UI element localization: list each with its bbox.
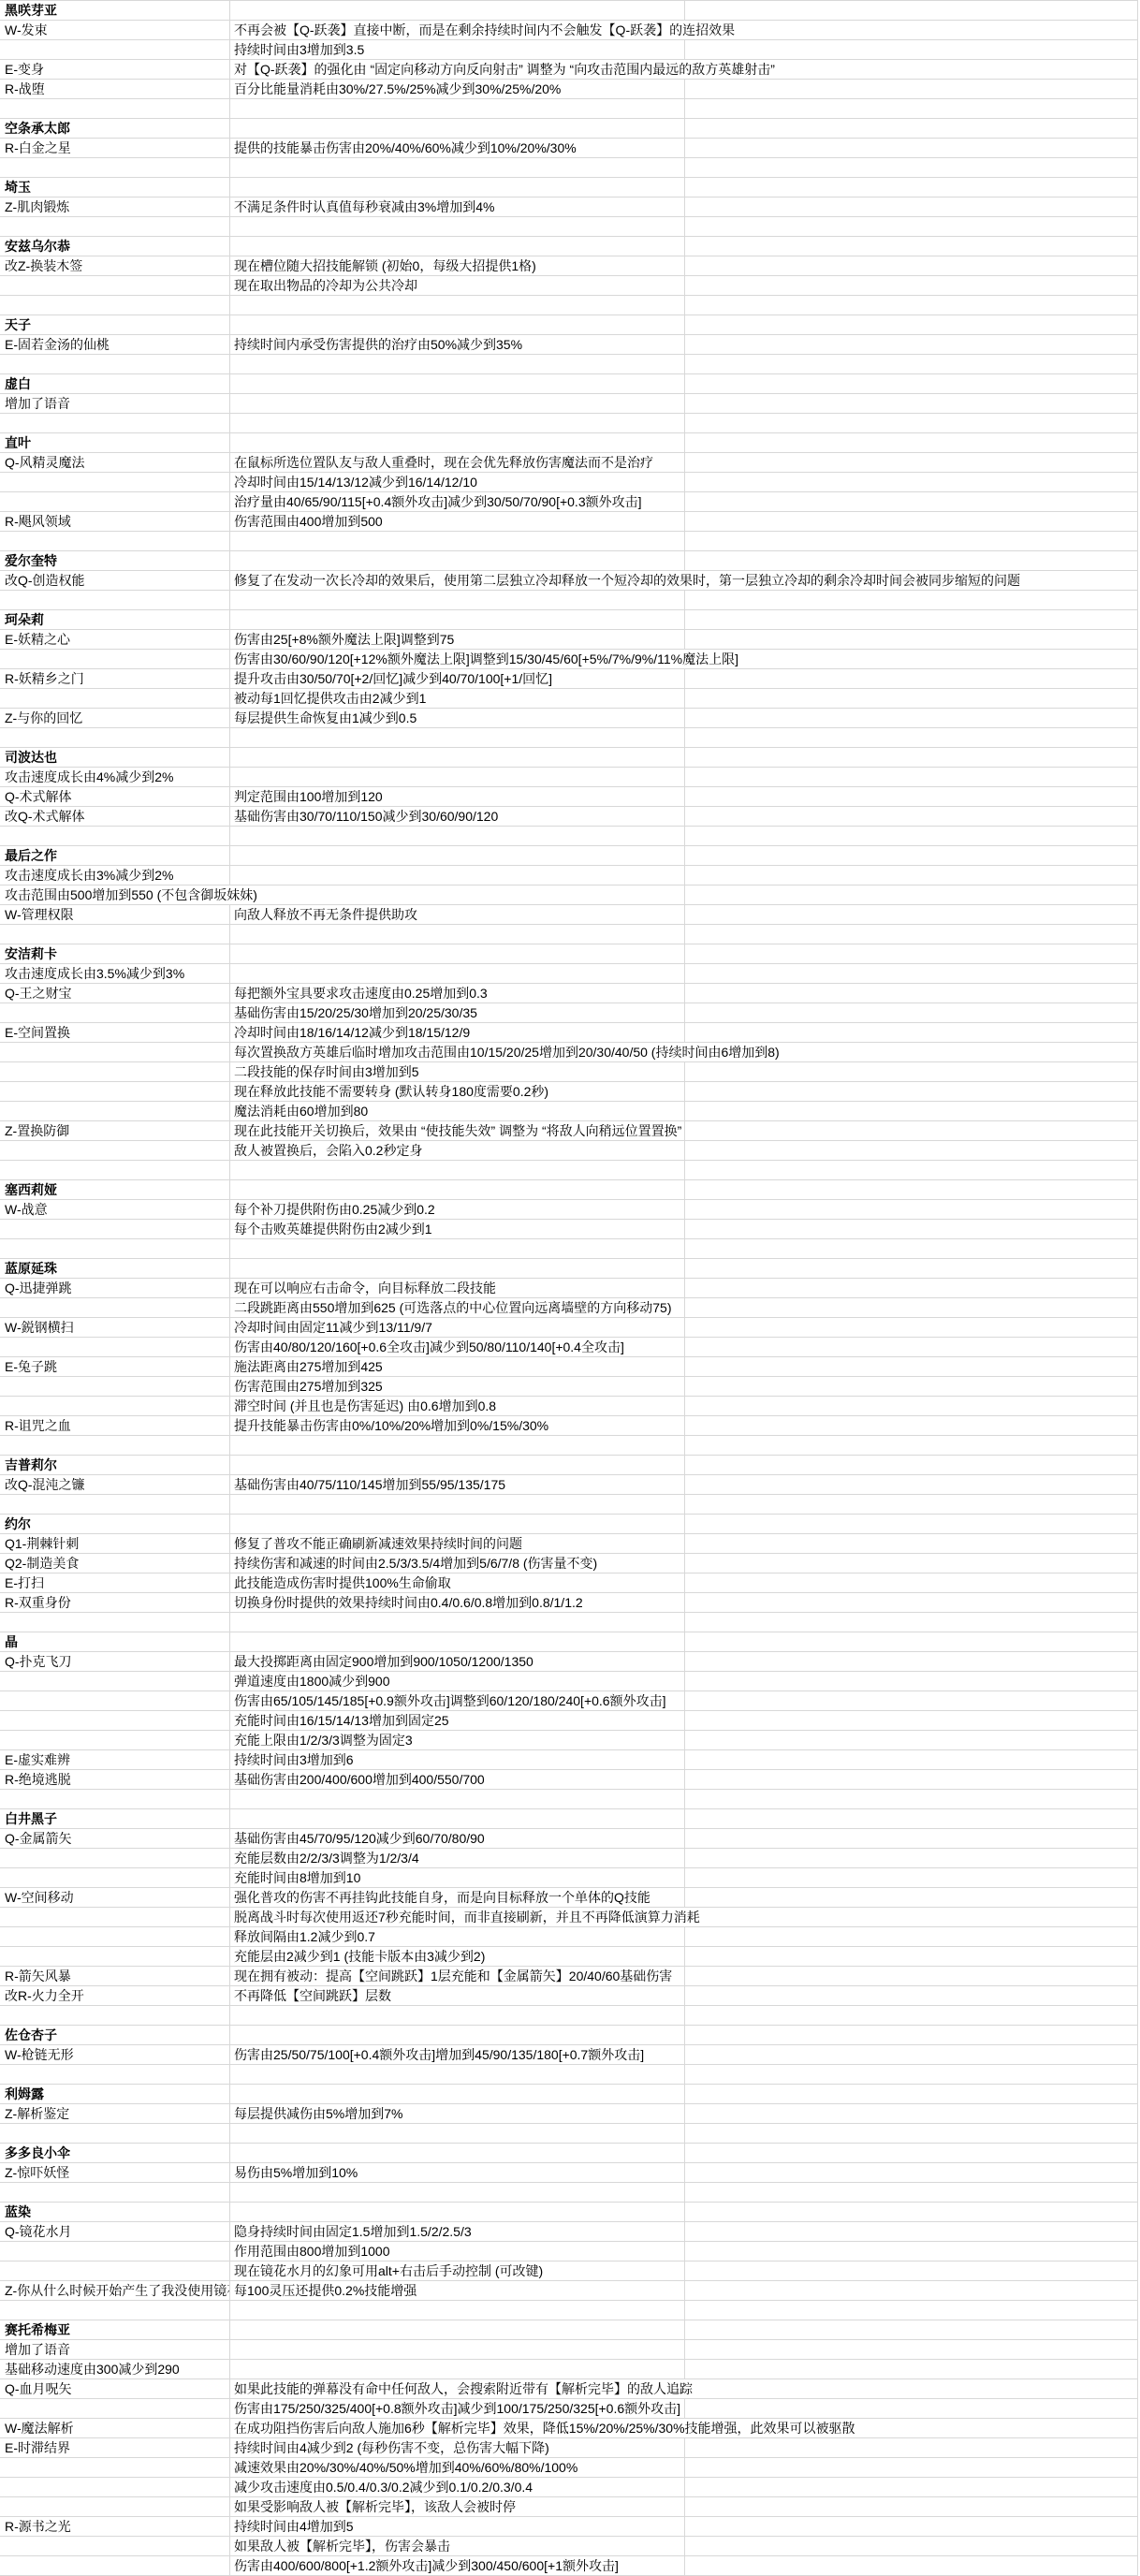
spare-cell[interactable]	[685, 1849, 1137, 1867]
spare-cell[interactable]	[685, 374, 1137, 393]
spare-cell[interactable]	[685, 2281, 1137, 2300]
spare-cell[interactable]	[685, 433, 1137, 452]
change-description-cell[interactable]: 易伤由5%增加到10%	[230, 2163, 685, 2182]
ability-name-cell[interactable]	[0, 1436, 230, 1455]
champion-name-cell[interactable]: 天子	[0, 315, 230, 334]
spare-cell[interactable]	[685, 1829, 1137, 1848]
change-description-cell[interactable]	[230, 866, 685, 885]
spare-cell[interactable]	[685, 689, 1137, 708]
spare-cell[interactable]	[685, 2065, 1137, 2084]
spare-cell[interactable]	[685, 748, 1137, 767]
ability-name-cell[interactable]	[0, 2301, 230, 2320]
change-description-cell[interactable]	[230, 414, 685, 432]
change-description-cell[interactable]	[230, 1613, 685, 1632]
spare-cell[interactable]	[685, 2104, 1137, 2123]
spare-cell[interactable]	[685, 1023, 1137, 1042]
spare-cell[interactable]	[685, 2026, 1137, 2044]
change-description-cell[interactable]	[230, 964, 685, 983]
change-description-cell[interactable]: 修复了普攻不能正确刷新减速效果持续时间的问题	[230, 1534, 685, 1553]
spare-cell[interactable]	[685, 610, 1137, 629]
spare-cell[interactable]	[685, 1534, 1137, 1553]
ability-name-cell[interactable]	[0, 1613, 230, 1632]
ability-name-cell[interactable]: Q2-制造美食	[0, 1554, 230, 1573]
ability-name-cell[interactable]: 改Z-换装木签	[0, 256, 230, 275]
ability-name-cell[interactable]	[0, 1908, 230, 1926]
ability-name-cell[interactable]	[0, 2183, 230, 2202]
spare-cell[interactable]	[685, 394, 1137, 413]
ability-name-cell[interactable]	[0, 1868, 230, 1887]
change-description-cell[interactable]: 判定范围由100增加到120	[230, 787, 685, 806]
change-description-cell[interactable]: 伤害范围由275增加到325	[230, 1377, 685, 1396]
change-description-cell[interactable]	[230, 768, 685, 786]
spare-cell[interactable]	[685, 2183, 1137, 2202]
ability-name-cell[interactable]: R-绝境逃脱	[0, 1770, 230, 1789]
spare-cell[interactable]	[685, 1121, 1137, 1140]
change-description-cell[interactable]: 伤害由30/60/90/120[+12%额外魔法上限]调整到15/30/45/6…	[230, 650, 685, 668]
ability-name-cell[interactable]	[0, 1947, 230, 1966]
spare-cell[interactable]	[685, 1279, 1137, 1297]
spare-cell[interactable]	[685, 2242, 1137, 2261]
change-description-cell[interactable]: 二段技能的保存时间由3增加到5	[230, 1062, 685, 1081]
change-description-cell[interactable]	[230, 827, 685, 845]
ability-name-cell[interactable]: R-诅咒之血	[0, 1416, 230, 1435]
spare-cell[interactable]	[685, 807, 1137, 826]
change-description-cell[interactable]	[230, 2183, 685, 2202]
spare-cell[interactable]	[685, 1515, 1137, 1533]
spare-cell[interactable]	[685, 2045, 1137, 2064]
spare-cell[interactable]	[685, 1102, 1137, 1120]
spare-cell[interactable]	[685, 1967, 1137, 1985]
spare-cell[interactable]	[685, 1750, 1137, 1769]
spare-cell[interactable]	[685, 2320, 1137, 2339]
champion-name-cell[interactable]: 空条承太郎	[0, 119, 230, 138]
spare-cell[interactable]	[685, 2203, 1137, 2221]
champion-name-cell[interactable]: 约尔	[0, 1515, 230, 1533]
ability-name-cell[interactable]: Q1-荆棘针刺	[0, 1534, 230, 1553]
ability-name-cell[interactable]	[0, 1082, 230, 1101]
change-description-cell[interactable]	[230, 1436, 685, 1455]
change-description-cell[interactable]	[230, 1161, 685, 1179]
spare-cell[interactable]	[685, 1357, 1137, 1376]
spare-cell[interactable]	[685, 1062, 1137, 1081]
change-description-cell[interactable]: 每把额外宝具要求攻击速度由0.25增加到0.3	[230, 984, 685, 1003]
ability-name-cell[interactable]: E-兔子跳	[0, 1357, 230, 1376]
spare-cell[interactable]	[685, 1927, 1137, 1946]
change-description-cell[interactable]: 冷却时间由固定11减少到13/11/9/7	[230, 1318, 685, 1337]
spare-cell[interactable]	[685, 1003, 1137, 1022]
ability-name-cell[interactable]	[0, 1298, 230, 1317]
change-description-cell[interactable]: 每次置换敌方英雄后临时增加攻击范围由10/15/20/25增加到20/30/40…	[230, 1043, 685, 1061]
change-description-cell[interactable]	[230, 2124, 685, 2143]
change-description-cell[interactable]: 冷却时间由18/16/14/12减少到18/15/12/9	[230, 1023, 685, 1042]
spare-cell[interactable]	[685, 1573, 1137, 1592]
champion-name-cell[interactable]: 吉普莉尔	[0, 1456, 230, 1474]
change-description-cell[interactable]: 减少攻击速度由0.5/0.4/0.3/0.2减少到0.1/0.2/0.3/0.4	[230, 2478, 685, 2496]
change-description-cell[interactable]: 伤害由400/600/800[+1.2额外攻击]减少到300/450/600[+…	[230, 2556, 685, 2575]
change-description-cell[interactable]	[230, 2360, 685, 2378]
ability-name-cell[interactable]	[0, 591, 230, 609]
change-description-cell[interactable]: 充能时间由8增加到10	[230, 1868, 685, 1887]
ability-name-cell[interactable]	[0, 2261, 230, 2280]
ability-name-cell[interactable]: W-枪链无形	[0, 2045, 230, 2064]
spare-cell[interactable]	[685, 40, 1137, 59]
ability-name-cell[interactable]	[0, 276, 230, 295]
ability-name-cell[interactable]: W-空间移动	[0, 1888, 230, 1907]
spare-cell[interactable]	[685, 905, 1137, 924]
ability-name-cell[interactable]	[0, 2556, 230, 2575]
ability-name-cell[interactable]	[0, 1062, 230, 1081]
spare-cell[interactable]	[685, 2399, 1137, 2418]
change-description-cell[interactable]	[230, 119, 685, 138]
spare-cell[interactable]	[685, 2458, 1137, 2477]
spare-cell[interactable]	[685, 1318, 1137, 1337]
change-description-cell[interactable]: 现在拥有被动：提高【空间跳跃】1层充能和【金属箭矢】20/40/60基础伤害	[230, 1967, 685, 1985]
spare-cell[interactable]	[685, 1141, 1137, 1160]
ability-name-cell[interactable]	[0, 1377, 230, 1396]
spare-cell[interactable]	[685, 1220, 1137, 1238]
spare-cell[interactable]	[685, 2517, 1137, 2536]
champion-name-cell[interactable]: 白井黑子	[0, 1809, 230, 1828]
change-description-cell[interactable]	[230, 610, 685, 629]
change-description-cell[interactable]: 脱离战斗时每次使用返还7秒充能时间，而非直接刷新，并且不再降低演算力消耗	[230, 1908, 685, 1926]
change-description-cell[interactable]: 持续时间内承受伤害提供的治疗由50%减少到35%	[230, 335, 685, 354]
change-description-cell[interactable]: 不满足条件时认真值每秒衰减由3%增加到4%	[230, 198, 685, 216]
spare-cell[interactable]	[685, 532, 1137, 550]
ability-name-cell[interactable]	[0, 296, 230, 315]
spare-cell[interactable]	[685, 355, 1137, 373]
change-description-cell[interactable]: 滞空时间 (并且也是伤害延迟) 由0.6增加到0.8	[230, 1397, 685, 1415]
change-description-cell[interactable]: 伤害由25[+8%额外魔法上限]调整到75	[230, 630, 685, 649]
spare-cell[interactable]	[685, 1672, 1137, 1690]
ability-name-cell[interactable]: Q-术式解体	[0, 787, 230, 806]
ability-name-cell[interactable]: E-空间置换	[0, 1023, 230, 1042]
change-description-cell[interactable]: 减速效果由20%/30%/40%/50%增加到40%/60%/80%/100%	[230, 2458, 685, 2477]
change-description-cell[interactable]: 现在取出物品的冷却为公共冷却	[230, 276, 685, 295]
champion-name-cell[interactable]: 利姆露	[0, 2085, 230, 2103]
change-description-cell[interactable]: 每层提供减伤由5%增加到7%	[230, 2104, 685, 2123]
change-description-cell[interactable]	[230, 2203, 685, 2221]
change-description-cell[interactable]: 修复了在发动一次长冷却的效果后，使用第二层独立冷却释放一个短冷却的效果时，第一层…	[230, 571, 685, 590]
ability-name-cell[interactable]: W-管理权限	[0, 905, 230, 924]
spare-cell[interactable]	[685, 925, 1137, 944]
spare-cell[interactable]	[685, 473, 1137, 491]
ability-name-cell[interactable]	[0, 1161, 230, 1179]
change-description-cell[interactable]: 基础伤害由30/70/110/150减少到30/60/90/120	[230, 807, 685, 826]
change-description-cell[interactable]	[230, 885, 685, 904]
spare-cell[interactable]	[685, 2163, 1137, 2182]
ability-name-cell[interactable]	[0, 827, 230, 845]
ability-name-cell[interactable]	[0, 1397, 230, 1415]
ability-name-cell[interactable]	[0, 1927, 230, 1946]
spare-cell[interactable]	[685, 827, 1137, 845]
change-description-cell[interactable]: 现在镜花水月的幻象可用alt+右击后手动控制 (可改键)	[230, 2261, 685, 2280]
ability-name-cell[interactable]: 改R-火力全开	[0, 1986, 230, 2005]
ability-name-cell[interactable]: Z-置换防御	[0, 1121, 230, 1140]
change-description-cell[interactable]: 百分比能量消耗由30%/27.5%/25%减少到30%/25%/20%	[230, 80, 685, 98]
spare-cell[interactable]	[685, 1790, 1137, 1808]
change-description-cell[interactable]	[230, 99, 685, 118]
ability-name-cell[interactable]: Z-肌肉锻炼	[0, 198, 230, 216]
spare-cell[interactable]	[685, 1908, 1137, 1926]
champion-name-cell[interactable]: 爱尔奎特	[0, 551, 230, 570]
spare-cell[interactable]	[685, 2478, 1137, 2496]
change-description-cell[interactable]: 向敌人释放不再无条件提供助攻	[230, 905, 685, 924]
ability-name-cell[interactable]	[0, 1338, 230, 1356]
spare-cell[interactable]	[685, 1632, 1137, 1651]
ability-name-cell[interactable]: Z-与你的回忆	[0, 709, 230, 727]
change-description-cell[interactable]: 最大投掷距离由固定900增加到900/1050/1200/1350	[230, 1652, 685, 1671]
change-description-cell[interactable]: 如果此技能的弹幕没有命中任何敌人，会搜索附近带有【解析完毕】的敌人追踪	[230, 2379, 685, 2398]
ability-name-cell[interactable]	[0, 1102, 230, 1120]
change-description-cell[interactable]: 现在槽位随大招技能解锁 (初始0，每级大招提供1格)	[230, 256, 685, 275]
change-description-cell[interactable]	[230, 748, 685, 767]
spare-cell[interactable]	[685, 1239, 1137, 1258]
spare-cell[interactable]	[685, 669, 1137, 688]
spare-cell[interactable]	[685, 1416, 1137, 1435]
change-description-cell[interactable]	[230, 2065, 685, 2084]
ability-name-cell[interactable]: W-发束	[0, 21, 230, 39]
spare-cell[interactable]	[685, 885, 1137, 904]
change-description-cell[interactable]: 伤害由65/105/145/185[+0.9额外攻击]调整到60/120/180…	[230, 1691, 685, 1710]
spare-cell[interactable]	[685, 1731, 1137, 1749]
change-description-cell[interactable]: 现在释放此技能不需要转身 (默认转身180度需要0.2秒)	[230, 1082, 685, 1101]
spare-cell[interactable]	[685, 944, 1137, 963]
champion-name-cell[interactable]: 蓝染	[0, 2203, 230, 2221]
champion-name-cell[interactable]: 赛托希梅亚	[0, 2320, 230, 2339]
change-description-cell[interactable]	[230, 217, 685, 236]
change-description-cell[interactable]: 持续时间由4增加到5	[230, 2517, 685, 2536]
change-description-cell[interactable]: 隐身持续时间由固定1.5增加到1.5/2/2.5/3	[230, 2222, 685, 2241]
ability-name-cell[interactable]: 改Q-混沌之镰	[0, 1475, 230, 1494]
spare-cell[interactable]	[685, 1593, 1137, 1612]
spare-cell[interactable]	[685, 1691, 1137, 1710]
ability-name-cell[interactable]: 增加了语音	[0, 394, 230, 413]
spare-cell[interactable]	[685, 1338, 1137, 1356]
spare-cell[interactable]	[685, 1809, 1137, 1828]
change-description-cell[interactable]: 现在此技能开关切换后，效果由 “使技能失效” 调整为 “将敌人向稍远位置置换”	[230, 1121, 685, 1140]
spare-cell[interactable]	[685, 492, 1137, 511]
spare-cell[interactable]	[685, 2006, 1137, 2025]
ability-name-cell[interactable]	[0, 492, 230, 511]
ability-name-cell[interactable]	[0, 925, 230, 944]
spare-cell[interactable]	[685, 1259, 1137, 1278]
spare-cell[interactable]	[685, 2360, 1137, 2378]
change-description-cell[interactable]	[230, 2085, 685, 2103]
spare-cell[interactable]	[685, 1770, 1137, 1789]
change-description-cell[interactable]	[230, 1239, 685, 1258]
change-description-cell[interactable]: 基础伤害由45/70/95/120减少到60/70/80/90	[230, 1829, 685, 1848]
champion-name-cell[interactable]: 安洁莉卡	[0, 944, 230, 963]
change-description-cell[interactable]: 不再降低【空间跳跃】层数	[230, 1986, 685, 2005]
spare-cell[interactable]	[685, 139, 1137, 157]
ability-name-cell[interactable]: 基础移动速度由300减少到290	[0, 2360, 230, 2378]
spare-cell[interactable]	[685, 2222, 1137, 2241]
ability-name-cell[interactable]	[0, 1220, 230, 1238]
change-description-cell[interactable]: 持续时间由3增加到3.5	[230, 40, 685, 59]
ability-name-cell[interactable]: Q-风精灵魔法	[0, 453, 230, 472]
ability-name-cell[interactable]: Q-血月呪矢	[0, 2379, 230, 2398]
change-description-cell[interactable]: 基础伤害由40/75/110/145增加到55/95/135/175	[230, 1475, 685, 1494]
change-description-cell[interactable]: 对【Q-跃袭】的强化由 “固定向移动方向反向射击” 调整为 “向攻击范围内最远的…	[230, 60, 685, 79]
change-description-cell[interactable]	[230, 1456, 685, 1474]
spare-cell[interactable]	[685, 198, 1137, 216]
spare-cell[interactable]	[685, 512, 1137, 531]
spare-cell[interactable]	[685, 650, 1137, 668]
spare-cell[interactable]	[685, 1082, 1137, 1101]
champion-name-cell[interactable]: 司波达也	[0, 748, 230, 767]
change-description-cell[interactable]	[230, 2006, 685, 2025]
ability-name-cell[interactable]	[0, 1691, 230, 1710]
change-description-cell[interactable]: 此技能造成伤害时提供100%生命偷取	[230, 1573, 685, 1592]
ability-name-cell[interactable]	[0, 1141, 230, 1160]
ability-name-cell[interactable]: R-白金之星	[0, 139, 230, 157]
change-description-cell[interactable]	[230, 2301, 685, 2320]
spare-cell[interactable]	[685, 276, 1137, 295]
spare-cell[interactable]	[685, 2144, 1137, 2162]
ability-name-cell[interactable]: Q-金属箭矢	[0, 1829, 230, 1848]
spare-cell[interactable]	[685, 2379, 1137, 2398]
change-description-cell[interactable]	[230, 846, 685, 865]
change-description-cell[interactable]	[230, 944, 685, 963]
change-description-cell[interactable]: 二段跳距离由550增加到625 (可选落点的中心位置向远离墙壁的方向移动75)	[230, 1298, 685, 1317]
change-description-cell[interactable]	[230, 1495, 685, 1514]
ability-name-cell[interactable]	[0, 728, 230, 747]
champion-name-cell[interactable]: 蓝原延珠	[0, 1259, 230, 1278]
change-description-cell[interactable]	[230, 178, 685, 197]
ability-name-cell[interactable]: R-妖精乡之门	[0, 669, 230, 688]
spare-cell[interactable]	[685, 1200, 1137, 1219]
spare-cell[interactable]	[685, 1613, 1137, 1632]
ability-name-cell[interactable]	[0, 2065, 230, 2084]
change-description-cell[interactable]	[230, 728, 685, 747]
ability-name-cell[interactable]	[0, 2478, 230, 2496]
ability-name-cell[interactable]: 改Q-创造权能	[0, 571, 230, 590]
spare-cell[interactable]	[685, 453, 1137, 472]
change-description-cell[interactable]	[230, 433, 685, 452]
ability-name-cell[interactable]: 攻击范围由500增加到550 (不包含御坂妹妹)	[0, 885, 230, 904]
ability-name-cell[interactable]: Q-王之财宝	[0, 984, 230, 1003]
ability-name-cell[interactable]: W-鋭钢横扫	[0, 1318, 230, 1337]
champion-name-cell[interactable]: 埼玉	[0, 178, 230, 197]
ability-name-cell[interactable]: 增加了语音	[0, 2340, 230, 2359]
ability-name-cell[interactable]: R-双重身份	[0, 1593, 230, 1612]
change-description-cell[interactable]	[230, 1, 685, 20]
change-description-cell[interactable]: 持续时间由3增加到6	[230, 1750, 685, 1769]
change-description-cell[interactable]: 弹道速度由1800减少到900	[230, 1672, 685, 1690]
champion-name-cell[interactable]: 黑咲芽亚	[0, 1, 230, 20]
change-description-cell[interactable]: 每100灵压还提供0.2%技能增强	[230, 2281, 685, 2300]
spare-cell[interactable]	[685, 1554, 1137, 1573]
spare-cell[interactable]	[685, 2085, 1137, 2103]
ability-name-cell[interactable]	[0, 2537, 230, 2555]
change-description-cell[interactable]: 提供的技能暴击伤害由20%/40%/60%减少到10%/20%/30%	[230, 139, 685, 157]
spare-cell[interactable]	[685, 866, 1137, 885]
ability-name-cell[interactable]	[0, 2006, 230, 2025]
change-description-cell[interactable]: 持续时间由4减少到2 (每秒伤害不变，总伤害大幅下降)	[230, 2438, 685, 2457]
spare-cell[interactable]	[685, 1868, 1137, 1887]
ability-name-cell[interactable]	[0, 1239, 230, 1258]
change-description-cell[interactable]: 魔法消耗由60增加到80	[230, 1102, 685, 1120]
change-description-cell[interactable]	[230, 1809, 685, 1828]
change-description-cell[interactable]: 充能层由2减少到1 (技能卡版本由3减少到2)	[230, 1947, 685, 1966]
ability-name-cell[interactable]	[0, 2124, 230, 2143]
change-description-cell[interactable]: 提升攻击由30/50/70[+2/回忆]减少到40/70/100[+1/回忆]	[230, 669, 685, 688]
spare-cell[interactable]	[685, 1, 1137, 20]
change-description-cell[interactable]	[230, 1515, 685, 1533]
spare-cell[interactable]	[685, 2438, 1137, 2457]
change-description-cell[interactable]	[230, 532, 685, 550]
ability-name-cell[interactable]: E-固若金汤的仙桃	[0, 335, 230, 354]
spare-cell[interactable]	[685, 1436, 1137, 1455]
change-description-cell[interactable]: 切换身份时提供的效果持续时间由0.4/0.6/0.8增加到0.8/1/1.2	[230, 1593, 685, 1612]
change-description-cell[interactable]	[230, 2340, 685, 2359]
ability-name-cell[interactable]: Q-迅捷弹跳	[0, 1279, 230, 1297]
ability-name-cell[interactable]: Q-镜花水月	[0, 2222, 230, 2241]
change-description-cell[interactable]	[230, 1632, 685, 1651]
change-description-cell[interactable]: 强化普攻的伤害不再挂钩此技能自身，而是向目标释放一个单体的Q技能	[230, 1888, 685, 1907]
change-description-cell[interactable]	[230, 925, 685, 944]
change-description-cell[interactable]: 伤害由175/250/325/400[+0.8额外攻击]减少到100/175/2…	[230, 2399, 685, 2418]
change-description-cell[interactable]	[230, 374, 685, 393]
champion-name-cell[interactable]: 多多良小伞	[0, 2144, 230, 2162]
change-description-cell[interactable]	[230, 591, 685, 609]
champion-name-cell[interactable]: 虚白	[0, 374, 230, 393]
change-description-cell[interactable]: 伤害范围由400增加到500	[230, 512, 685, 531]
ability-name-cell[interactable]	[0, 1711, 230, 1730]
change-description-cell[interactable]: 如果受影响敌人被【解析完毕】，该敌人会被时停	[230, 2497, 685, 2516]
change-description-cell[interactable]	[230, 394, 685, 413]
change-description-cell[interactable]: 基础伤害由15/20/25/30增加到20/25/30/35	[230, 1003, 685, 1022]
change-description-cell[interactable]: 充能上限由1/2/3/3调整为固定3	[230, 1731, 685, 1749]
ability-name-cell[interactable]: R-箭矢风暴	[0, 1967, 230, 1985]
spare-cell[interactable]	[685, 591, 1137, 609]
ability-name-cell[interactable]: R-战堕	[0, 80, 230, 98]
change-description-cell[interactable]: 释放间隔由1.2减少到0.7	[230, 1927, 685, 1946]
champion-name-cell[interactable]: 直叶	[0, 433, 230, 452]
spare-cell[interactable]	[685, 1298, 1137, 1317]
ability-name-cell[interactable]	[0, 1790, 230, 1808]
spare-cell[interactable]	[685, 787, 1137, 806]
change-description-cell[interactable]: 在鼠标所选位置队友与敌人重叠时，现在会优先释放伤害魔法而不是治疗	[230, 453, 685, 472]
change-description-cell[interactable]: 治疗量由40/65/90/115[+0.4额外攻击]减少到30/50/70/90…	[230, 492, 685, 511]
change-description-cell[interactable]	[230, 158, 685, 177]
spare-cell[interactable]	[685, 315, 1137, 334]
spare-cell[interactable]	[685, 2497, 1137, 2516]
change-description-cell[interactable]: 每个击败英雄提供附伤由2减少到1	[230, 1220, 685, 1238]
spare-cell[interactable]	[685, 119, 1137, 138]
change-description-cell[interactable]	[230, 551, 685, 570]
champion-name-cell[interactable]: 最后之作	[0, 846, 230, 865]
ability-name-cell[interactable]: W-魔法解析	[0, 2419, 230, 2437]
ability-name-cell[interactable]	[0, 2399, 230, 2418]
ability-name-cell[interactable]: W-战意	[0, 1200, 230, 1219]
change-description-cell[interactable]: 持续伤害和减速的时间由2.5/3/3.5/4增加到5/6/7/8 (伤害量不变)	[230, 1554, 685, 1573]
change-description-cell[interactable]	[230, 1790, 685, 1808]
change-description-cell[interactable]: 施法距离由275增加到425	[230, 1357, 685, 1376]
change-description-cell[interactable]	[230, 2026, 685, 2044]
change-description-cell[interactable]: 基础伤害由200/400/600增加到400/550/700	[230, 1770, 685, 1789]
change-description-cell[interactable]	[230, 2144, 685, 2162]
ability-name-cell[interactable]	[0, 2497, 230, 2516]
ability-name-cell[interactable]	[0, 99, 230, 118]
spare-cell[interactable]	[685, 2340, 1137, 2359]
ability-name-cell[interactable]	[0, 2242, 230, 2261]
spare-cell[interactable]	[685, 1475, 1137, 1494]
spare-cell[interactable]	[685, 21, 1137, 39]
spare-cell[interactable]	[685, 296, 1137, 315]
change-description-cell[interactable]	[230, 1180, 685, 1199]
change-description-cell[interactable]: 如果敌人被【解析完毕】，伤害会暴击	[230, 2537, 685, 2555]
